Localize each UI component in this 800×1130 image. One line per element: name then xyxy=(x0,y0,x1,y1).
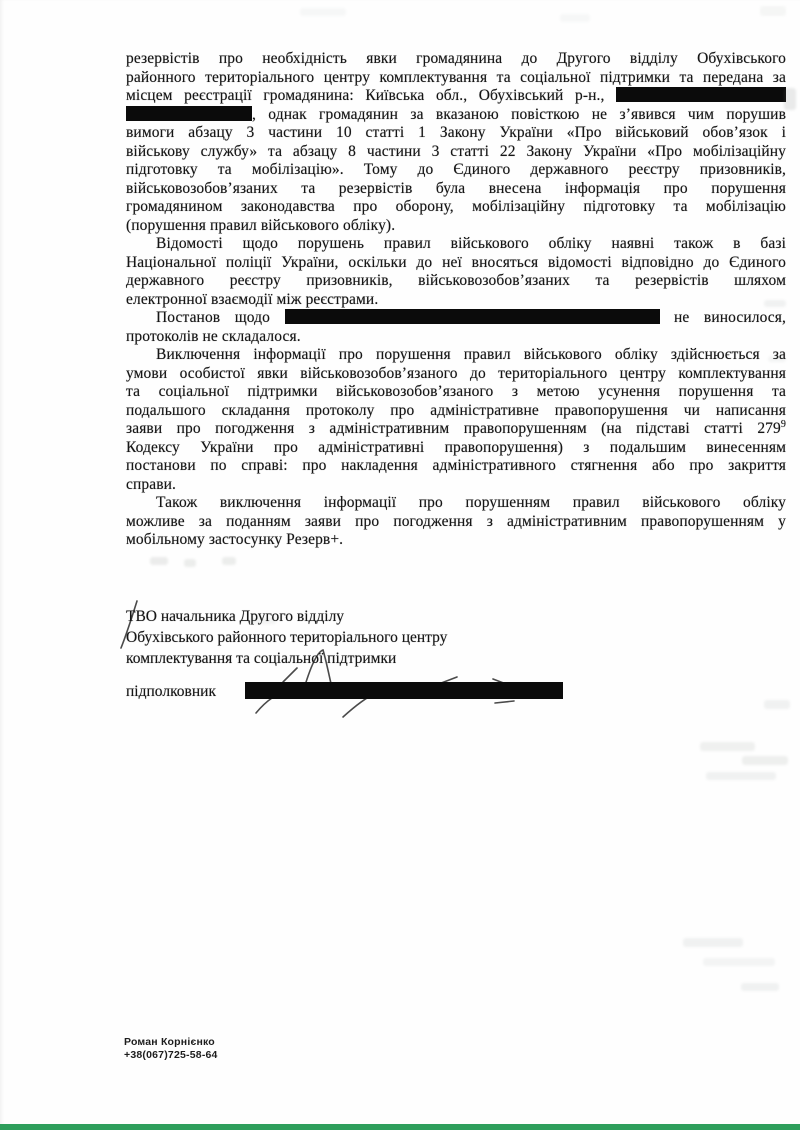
redaction-bar xyxy=(285,309,660,324)
text-line: районного територіального центру комплек… xyxy=(126,69,786,88)
text-line: місцем реєстрації громадянина: Київська … xyxy=(126,87,786,106)
scan-noise-speck xyxy=(300,8,346,16)
text-line: громадянином законодавства про оборону, … xyxy=(126,198,786,217)
scan-noise-speck xyxy=(764,700,790,709)
text-line: заяви про погодження з адміністративним … xyxy=(126,420,786,439)
redaction-bar xyxy=(616,87,786,102)
text-line: державного реєстру призовників, військов… xyxy=(126,272,786,291)
scan-noise-speck xyxy=(764,300,786,307)
text-line: Постанов щодо не виносилося, xyxy=(126,309,786,328)
scan-noise-speck xyxy=(250,618,276,624)
text-line: електронної взаємодії між реєстрами. xyxy=(126,291,786,310)
document-page: резервістів про необхідність явки громад… xyxy=(0,0,800,1130)
scan-noise-speck xyxy=(222,557,236,565)
text-line: постанови по справі: про накладення адмі… xyxy=(126,457,786,476)
scan-noise-speck xyxy=(706,772,776,780)
text-line: мобільному застосунку Резерв+. xyxy=(126,531,786,550)
text-line: можливе за поданням заяви про погодження… xyxy=(126,513,786,532)
contact-phone: +38(067)725-58-64 xyxy=(124,1049,218,1062)
signature-line: Обухівського районного територіального ц… xyxy=(126,627,546,648)
text-line: військовозобов’язаних та резервістів бул… xyxy=(126,180,786,199)
text-line: справи. xyxy=(126,476,786,495)
text-line: Національної поліції України, оскільки д… xyxy=(126,254,786,273)
pen-stroke xyxy=(495,701,514,703)
superscript: 9 xyxy=(781,419,786,430)
text-line: та соціальної підтримки військовозобов’я… xyxy=(126,383,786,402)
scan-noise-speck xyxy=(700,742,755,751)
text-line: протоколів не складалося. xyxy=(126,328,786,347)
scanner-edge-artifact xyxy=(0,1124,800,1130)
scan-noise-speck xyxy=(741,983,779,991)
scan-noise-speck xyxy=(703,958,775,966)
text-line: підготовку та мобілізацію». Тому до Єдин… xyxy=(126,161,786,180)
redaction-bar xyxy=(126,106,252,121)
text-line: резервістів про необхідність явки громад… xyxy=(126,50,786,69)
scan-noise-speck xyxy=(768,356,786,362)
scan-noise-speck xyxy=(560,14,590,22)
text-line: , однак громадянин за вказаною повісткою… xyxy=(126,106,786,125)
text-line: Кодексу України про адміністративні прав… xyxy=(126,439,786,458)
signature-line: ТВО начальника Другого відділу xyxy=(126,606,546,627)
scan-noise-speck xyxy=(784,88,796,110)
signature-line: комплектування та соціальної підтримки xyxy=(126,648,546,669)
scan-noise-speck xyxy=(742,756,788,765)
signature-name-redaction-bar xyxy=(245,682,563,699)
text-line: Виключення інформації про порушення прав… xyxy=(126,346,786,365)
text-line: Відомості щодо порушень правил військово… xyxy=(126,235,786,254)
text-line: Також виключення інформації про порушенн… xyxy=(126,494,786,513)
signer-rank-label: підполковник xyxy=(126,683,216,701)
text-line: військову службу» та абзацу 8 частини 3 … xyxy=(126,143,786,162)
text-line: вимоги абзацу 3 частини 10 статті 1 Зако… xyxy=(126,124,786,143)
pen-stroke xyxy=(283,668,297,682)
scan-noise-speck xyxy=(683,938,743,947)
signature-block: ТВО начальника Другого відділуОбухівсько… xyxy=(126,606,546,669)
scan-noise-speck xyxy=(150,557,168,565)
scan-noise-speck xyxy=(184,559,196,567)
contact-footer: Роман Корнієнко +38(067)725-58-64 xyxy=(124,1036,218,1061)
pen-stroke xyxy=(256,698,272,713)
body-text: резервістів про необхідність явки громад… xyxy=(126,50,786,550)
contact-name: Роман Корнієнко xyxy=(124,1036,218,1049)
scan-noise-speck xyxy=(760,6,786,16)
text-line: подальшого складання протоколу про адмін… xyxy=(126,402,786,421)
text-line: (порушення правил військового обліку). xyxy=(126,217,786,236)
text-line: умови особистої явки військовозобов’язан… xyxy=(126,365,786,384)
